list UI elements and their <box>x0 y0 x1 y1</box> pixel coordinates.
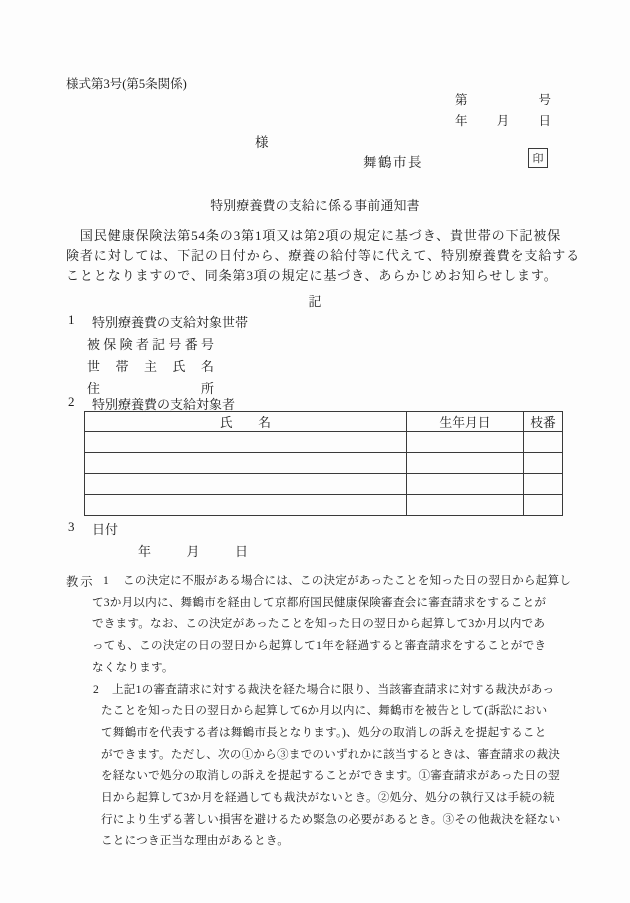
section3-date-line: 年 月 日 <box>138 541 248 560</box>
section3-title: 日付 <box>92 519 118 538</box>
field-label-householder-name: 世帯主氏名 <box>87 356 214 375</box>
section3-date-year: 年 <box>138 541 151 560</box>
section3-number: 3 <box>68 519 92 538</box>
table-row <box>85 495 563 516</box>
issue-date-year: 年 <box>455 111 468 129</box>
cell-name <box>85 432 407 453</box>
appeal-instructions-block: 教示 1 この決定に不服がある場合には、この決定があったことを知った日の翌日から… <box>0 570 630 852</box>
appeal-item-text: 上記1の審査請求に対する裁決を経た場合に限り、当該審査請求に対する裁決があっ た… <box>101 679 574 853</box>
section1-title: 特別療養費の支給対象世帯 <box>92 312 248 331</box>
doc-number-prefix: 第 <box>455 90 468 108</box>
column-header-name: 氏 名 <box>85 412 407 432</box>
cell-birthdate <box>407 432 524 453</box>
issue-date-day: 日 <box>538 111 551 129</box>
cell-birthdate <box>407 474 524 495</box>
cell-birthdate <box>407 495 524 516</box>
seal-label: 印 <box>533 150 544 166</box>
form-number: 様式第3号(第5条関係) <box>66 74 187 92</box>
appeal-instructions-label: 教示 <box>66 572 95 590</box>
table-row <box>85 432 563 453</box>
section3-date-day: 日 <box>235 541 248 560</box>
section1-heading: 1 特別療養費の支給対象世帯 <box>68 312 248 331</box>
table-row <box>85 474 563 495</box>
cell-branch-number <box>524 432 563 453</box>
section3-heading: 3 日付 <box>68 519 118 538</box>
section3-date-month: 月 <box>186 541 199 560</box>
appeal-instruction-item: 1 この決定に不服がある場合には、この決定があったことを知った日の翌日から起算し… <box>92 570 574 679</box>
recipients-table: 氏 名 生年月日 枝番 <box>84 411 563 516</box>
document-number-line: 第 号 <box>455 90 551 108</box>
body-paragraph: 国民健康保険法第54条の3第1項又は第2項の規定に基づき、貴世帯の下記被保 険者… <box>66 226 580 286</box>
cell-name <box>85 474 407 495</box>
cell-name <box>85 495 407 516</box>
cell-birthdate <box>407 453 524 474</box>
sender-name: 舞鶴市長 <box>363 151 423 171</box>
cell-branch-number <box>524 495 563 516</box>
appeal-item-number: 1 <box>103 570 109 592</box>
appeal-instruction-item: 2 上記1の審査請求に対する裁決を経た場合に限り、当該審査請求に対する裁決があっ… <box>101 679 574 853</box>
section1-number: 1 <box>68 312 92 331</box>
column-header-branch-number: 枝番 <box>524 412 563 432</box>
issue-date-month: 月 <box>497 111 510 129</box>
cell-name <box>85 453 407 474</box>
issue-date-line: 年 月 日 <box>455 111 551 129</box>
table-header-row: 氏 名 生年月日 枝番 <box>85 412 563 432</box>
addressee-honorific: 様 <box>255 131 269 151</box>
official-seal-placeholder: 印 <box>528 148 548 168</box>
page-title: 特別療養費の支給に係る事前通知書 <box>0 195 630 214</box>
doc-number-suffix: 号 <box>538 90 551 108</box>
table-row <box>85 453 563 474</box>
document-page: 様式第3号(第5条関係) 第 号 年 月 日 様 舞鶴市長 印 特別療養費の支給… <box>0 0 630 903</box>
appeal-item-text: この決定に不服がある場合には、この決定があったことを知った日の翌日から起算し て… <box>92 570 574 679</box>
cell-branch-number <box>524 453 563 474</box>
appeal-item-number: 2 <box>93 679 99 701</box>
column-header-birthdate: 生年月日 <box>407 412 524 432</box>
cell-branch-number <box>524 474 563 495</box>
record-marker: 記 <box>0 291 630 310</box>
field-label-insured-symbol-number: 被保険者記号番号 <box>87 334 214 353</box>
